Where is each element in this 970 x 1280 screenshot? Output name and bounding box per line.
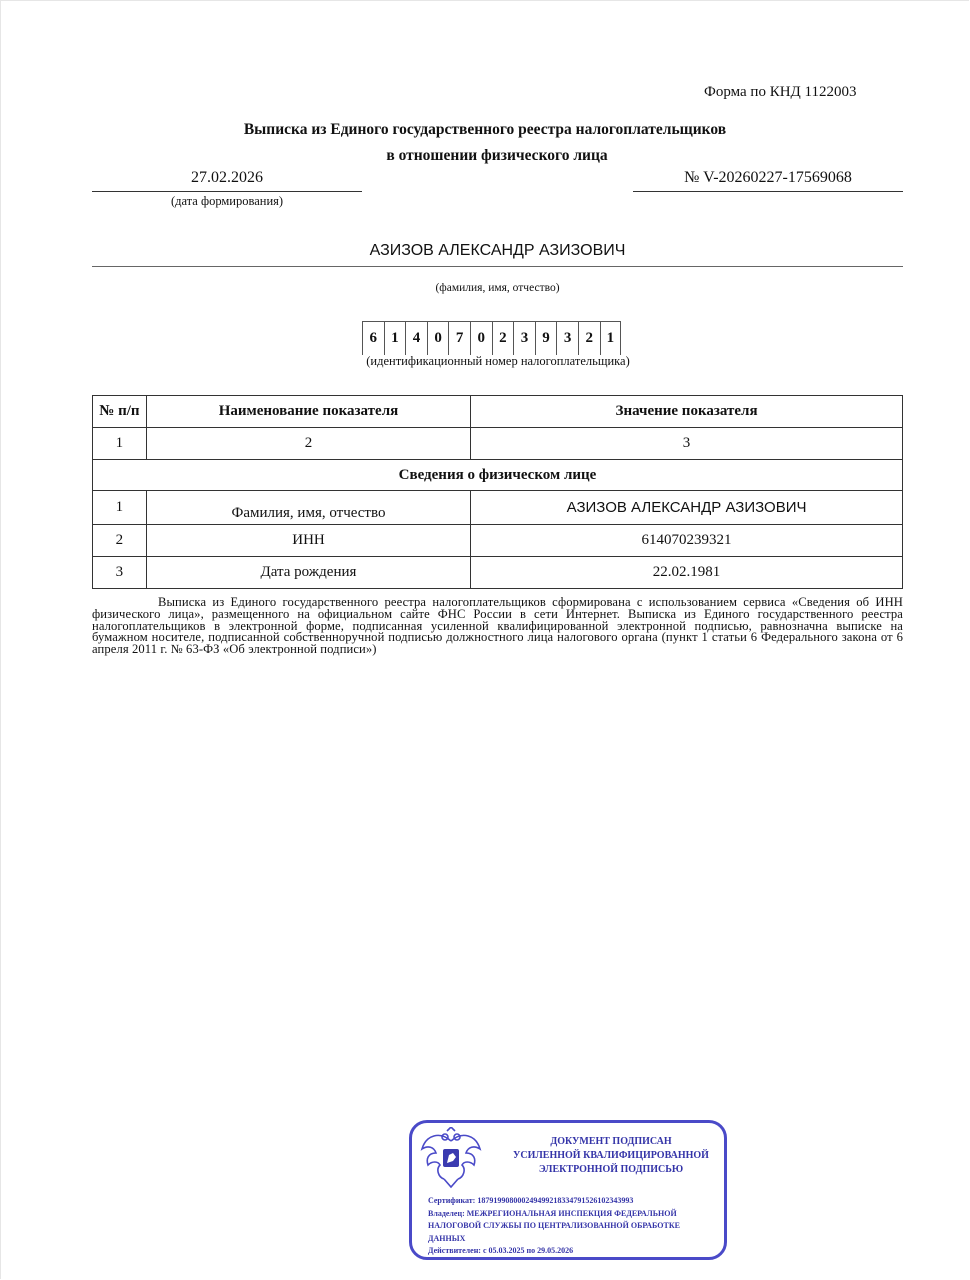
row-indicator-name: Фамилия, имя, отчество [146, 491, 470, 525]
column-numbering-row: 1 2 3 [93, 428, 903, 460]
number-underline [633, 191, 903, 192]
inn-digit: 0 [427, 322, 449, 355]
indicators-table: № п/п Наименование показателя Значение п… [92, 395, 903, 589]
coat-of-arms-icon [418, 1127, 484, 1191]
section-row: Сведения о физическом лице [93, 460, 903, 491]
header-number: № п/п [93, 396, 147, 428]
formation-date-caption: (дата формирования) [92, 194, 362, 209]
stamp-heading-line: УСИЛЕННОЙ КВАЛИФИЦИРОВАННОЙ [498, 1149, 724, 1163]
header-indicator-value: Значение показателя [471, 396, 903, 428]
document-subtitle: в отношении физического лица [0, 147, 970, 165]
col-num-3: 3 [471, 428, 903, 460]
stamp-details: Сертификат: 1879199080002494992183347915… [428, 1195, 718, 1258]
header-indicator-name: Наименование показателя [146, 396, 470, 428]
stamp-certificate: Сертификат: 1879199080002494992183347915… [428, 1195, 718, 1208]
stamp-heading: ДОКУМЕНТ ПОДПИСАН УСИЛЕННОЙ КВАЛИФИЦИРОВ… [498, 1135, 724, 1177]
row-indicator-value: 22.02.1981 [471, 557, 903, 589]
row-number: 1 [93, 491, 147, 525]
inn-digit: 4 [405, 322, 427, 355]
inn-caption: (идентификационный номер налогоплательщи… [0, 354, 970, 369]
inn-boxes: 6 1 4 0 7 0 2 3 9 3 2 1 [362, 321, 621, 355]
inn-digit: 2 [492, 322, 514, 355]
stamp-owner: Владелец: МЕЖРЕГИОНАЛЬНАЯ ИНСПЕКЦИЯ ФЕДЕ… [428, 1208, 718, 1246]
formation-date: 27.02.2026 [92, 169, 362, 187]
inn-digit: 3 [556, 322, 578, 355]
document-number: № V-20260227-17569068 [633, 169, 903, 187]
stamp-heading-line: ДОКУМЕНТ ПОДПИСАН [498, 1135, 724, 1149]
fio-underline [92, 266, 903, 267]
table-header-row: № п/п Наименование показателя Значение п… [93, 396, 903, 428]
table-row: 1 Фамилия, имя, отчество АЗИЗОВ АЛЕКСАНД… [93, 491, 903, 525]
document-title: Выписка из Единого государственного реес… [0, 121, 970, 139]
row-indicator-name: Дата рождения [146, 557, 470, 589]
person-fio-caption: (фамилия, имя, отчество) [92, 282, 903, 294]
stamp-validity: Действителен: с 05.03.2025 по 29.05.2026 [428, 1245, 718, 1258]
legal-note: Выписка из Единого государственного реес… [92, 597, 903, 656]
inn-digit: 0 [470, 322, 492, 355]
table-row: 2 ИНН 614070239321 [93, 525, 903, 557]
row-number: 2 [93, 525, 147, 557]
inn-digit: 7 [448, 322, 470, 355]
section-title: Сведения о физическом лице [93, 460, 903, 491]
stamp-heading-line: ЭЛЕКТРОННОЙ ПОДПИСЬЮ [498, 1163, 724, 1177]
person-fio: АЗИЗОВ АЛЕКСАНДР АЗИЗОВИЧ [92, 242, 903, 260]
inn-digit: 1 [600, 322, 622, 355]
col-num-1: 1 [93, 428, 147, 460]
inn-digit: 6 [362, 322, 384, 355]
inn-digit: 3 [513, 322, 535, 355]
row-indicator-value: 614070239321 [471, 525, 903, 557]
table-row: 3 Дата рождения 22.02.1981 [93, 557, 903, 589]
row-number: 3 [93, 557, 147, 589]
form-code: Форма по КНД 1122003 [704, 84, 856, 101]
inn-digit: 2 [578, 322, 600, 355]
inn-digit: 9 [535, 322, 557, 355]
inn-digit: 1 [384, 322, 406, 355]
date-underline [92, 191, 362, 192]
row-indicator-name: ИНН [146, 525, 470, 557]
col-num-2: 2 [146, 428, 470, 460]
row-indicator-value: АЗИЗОВ АЛЕКСАНДР АЗИЗОВИЧ [471, 491, 903, 525]
electronic-signature-stamp: ДОКУМЕНТ ПОДПИСАН УСИЛЕННОЙ КВАЛИФИЦИРОВ… [409, 1120, 727, 1260]
